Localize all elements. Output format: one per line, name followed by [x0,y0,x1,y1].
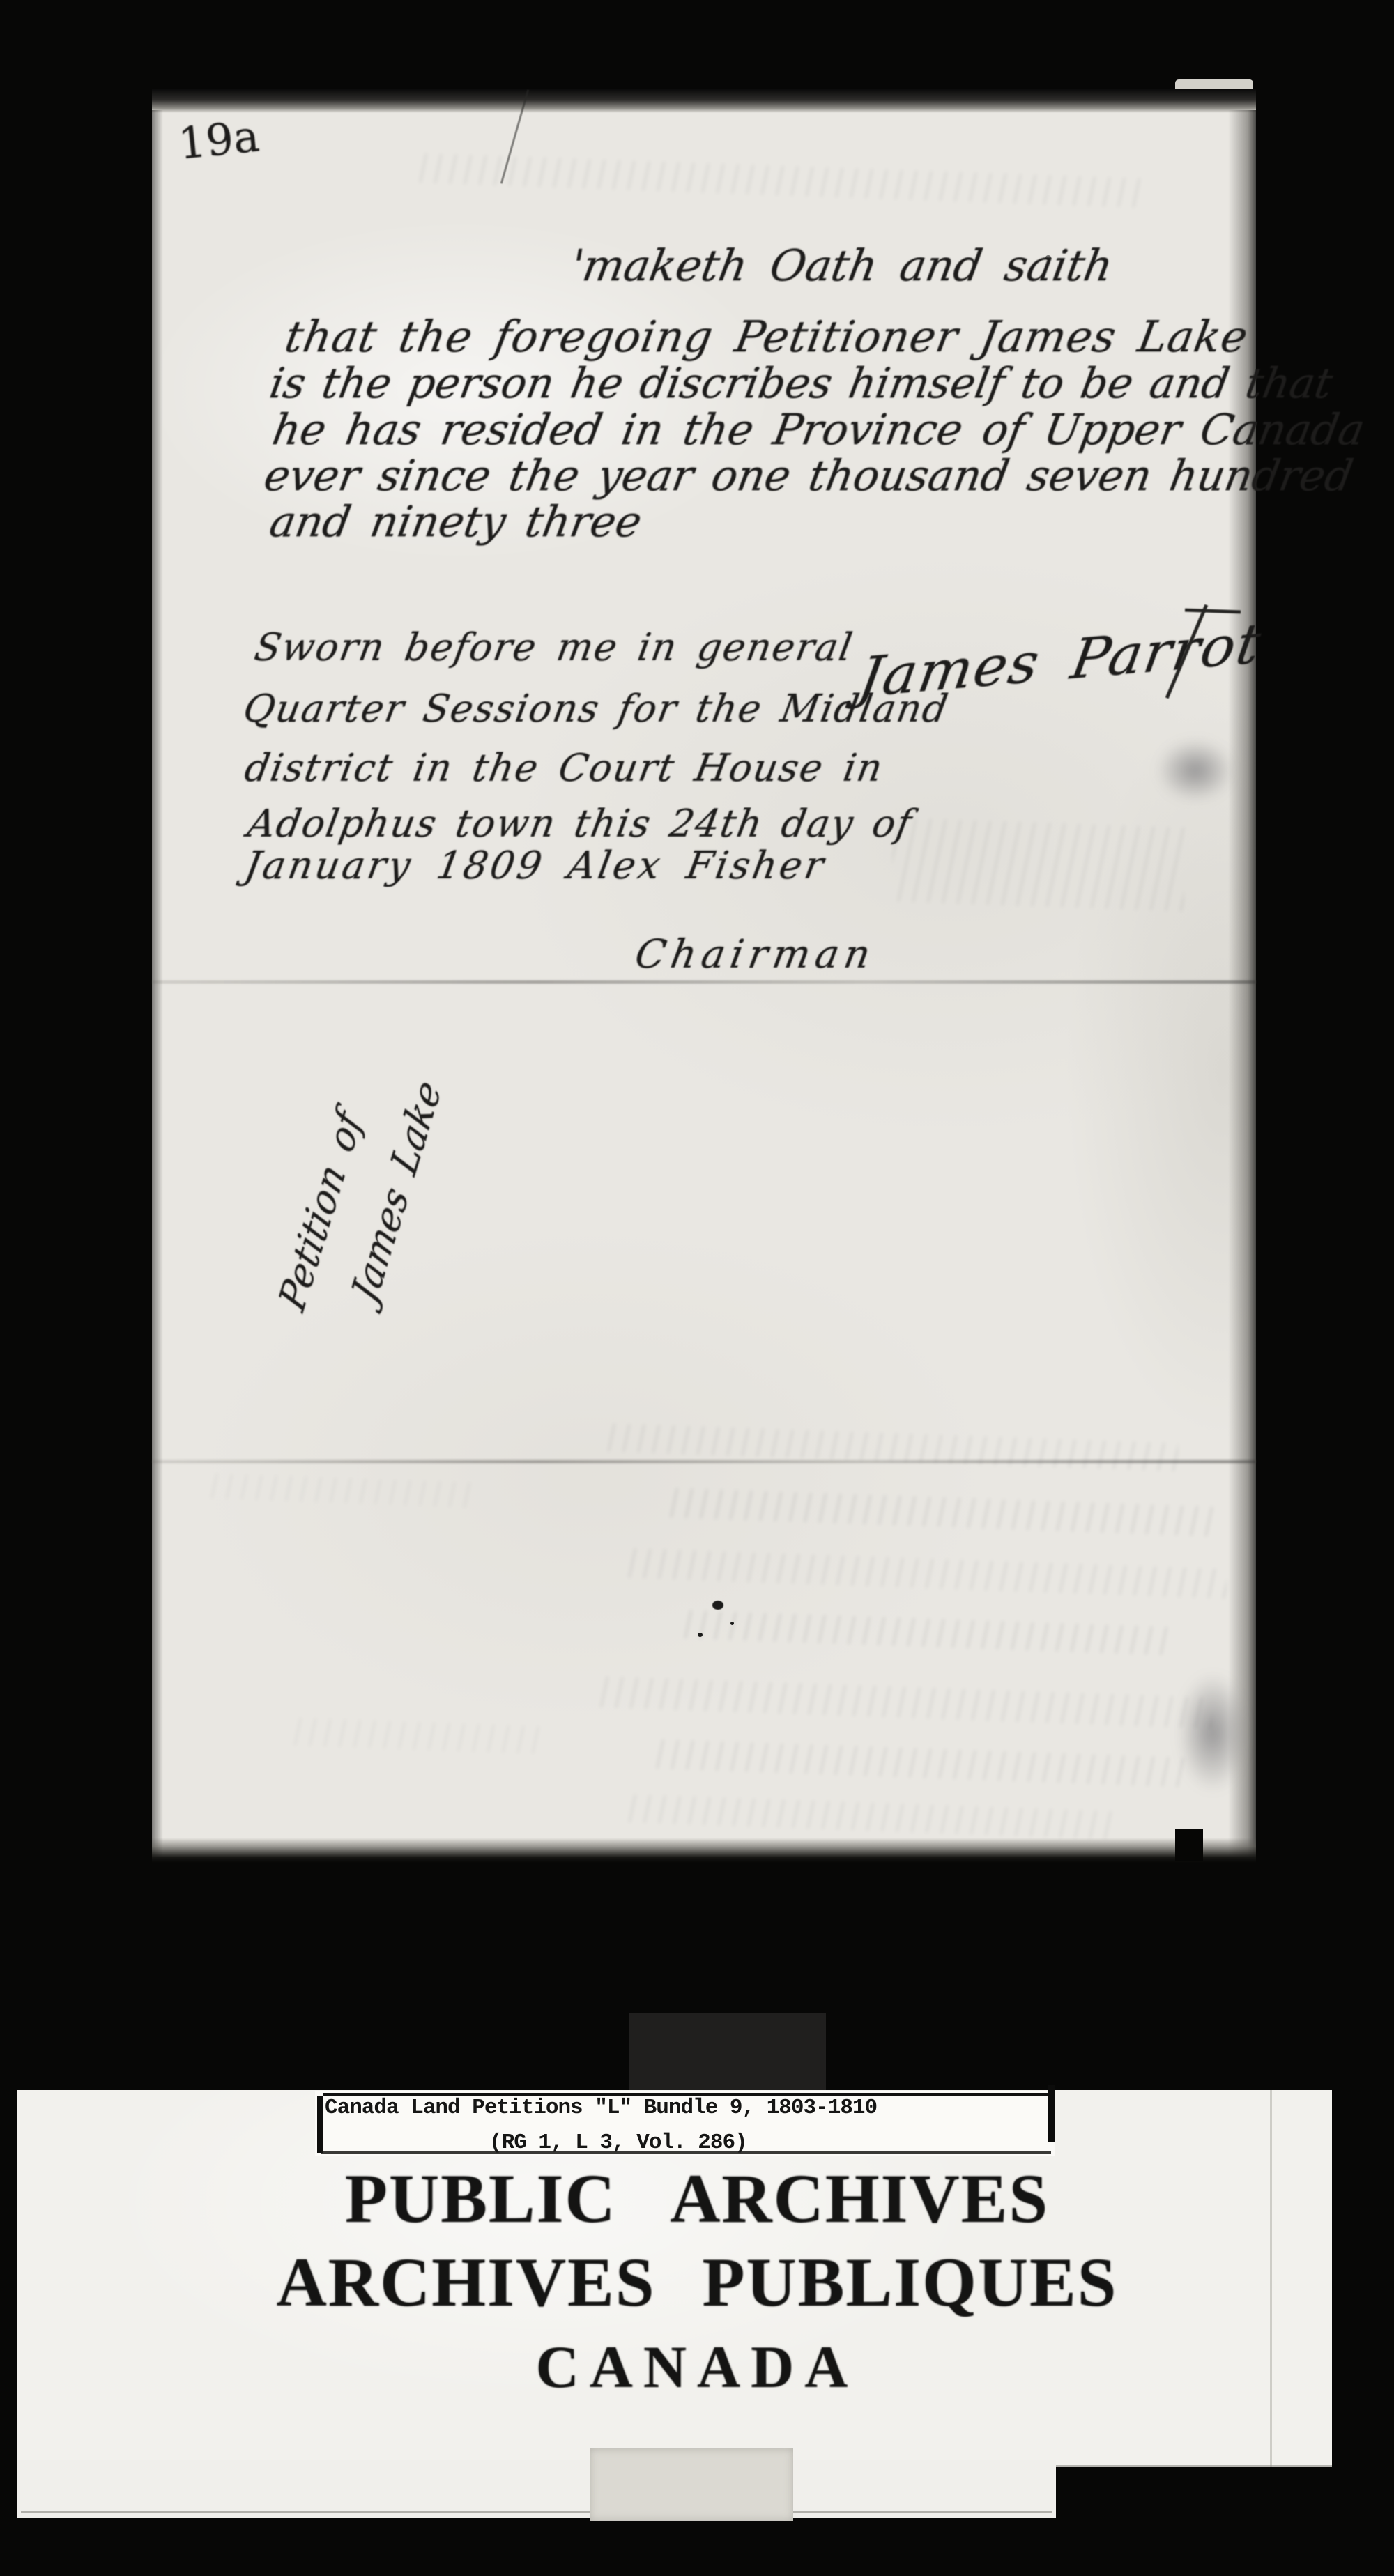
page-number-annotation: 19a [176,114,261,166]
jurat-line: January 1809 Alex Fisher [242,847,829,885]
ink-bleed-smudge [1157,739,1234,802]
scanned-document-page: 19a 'maketh Oath and saith that the fore… [0,0,1394,2576]
affidavit-line: and ninety three [267,501,645,543]
page-bottom-notch [1175,1829,1203,1861]
stamp-title-english: PUBLIC ARCHIVES [209,2164,1185,2234]
tape-patch [590,2448,793,2521]
archives-band-lower-edge [17,2460,1056,2518]
ink-bleed-smudge [891,818,1186,912]
page-bottom-edge-shadow [152,1838,1256,1863]
band-fold-line [1270,2090,1272,2467]
fold-crease-upper [152,980,1256,984]
ink-blot [712,1601,723,1610]
label-box-border-right [1048,2085,1055,2142]
label-box-border-left [317,2096,323,2153]
ink-speck [698,1633,703,1637]
jurat-title-line: Chairman [632,936,878,975]
reference-label-line: Canada Land Petitions "L" Bundle 9, 1803… [325,2097,877,2119]
stamp-country: CANADA [209,2337,1185,2397]
affidavit-line: is the person he discribes himself to be… [267,363,1335,404]
affidavit-line: he has resided in the Province of Upper … [270,409,1368,451]
affidavit-line: 'maketh Oath and saith [568,244,1117,287]
jurat-line: Sworn before me in general [252,629,856,666]
band-bottom-hairline [21,2511,1052,2513]
page-top-edge-shadow [152,89,1256,113]
reference-label-line: (RG 1, L 3, Vol. 286) [489,2132,747,2154]
ink-speck [730,1622,734,1625]
page-left-edge-shadow [152,110,163,1860]
jurat-line: district in the Court House in [242,749,886,787]
jurat-line: Quarter Sessions for the Midland [240,690,951,728]
affidavit-line: ever since the year one thousand seven h… [261,455,1356,497]
ink-bleed-smudge [1178,1673,1248,1792]
affidavit-line: that the foregoing Petitioner James Lake [282,315,1252,358]
stamp-title-french: ARCHIVES PUBLIQUES [209,2248,1185,2317]
film-splice-mark [629,2013,826,2093]
jurat-line: Adolphus town this 24th day of [245,805,915,843]
band-bottom-hairline-right [1056,2465,1332,2467]
